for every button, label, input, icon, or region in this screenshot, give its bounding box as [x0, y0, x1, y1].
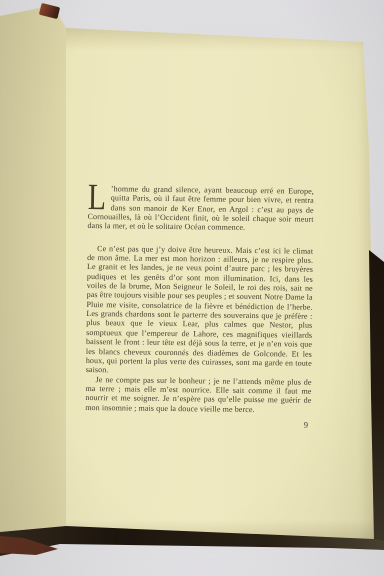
paragraph-third: Je ne compte pas sur le bonheur ; je ne …: [85, 375, 311, 415]
paragraph-second: Ce n’est pas que j’y doive être heureux.…: [86, 244, 314, 378]
page-text: L’homme du grand silence, ayant beaucoup…: [85, 184, 314, 430]
paragraph-opening-text: ’homme du grand silence, ayant beaucoup …: [87, 184, 314, 232]
drop-cap-initial: L: [88, 185, 103, 212]
paragraph-opening: L’homme du grand silence, ayant beaucoup…: [87, 184, 314, 233]
book-photo: L’homme du grand silence, ayant beaucoup…: [0, 0, 384, 576]
